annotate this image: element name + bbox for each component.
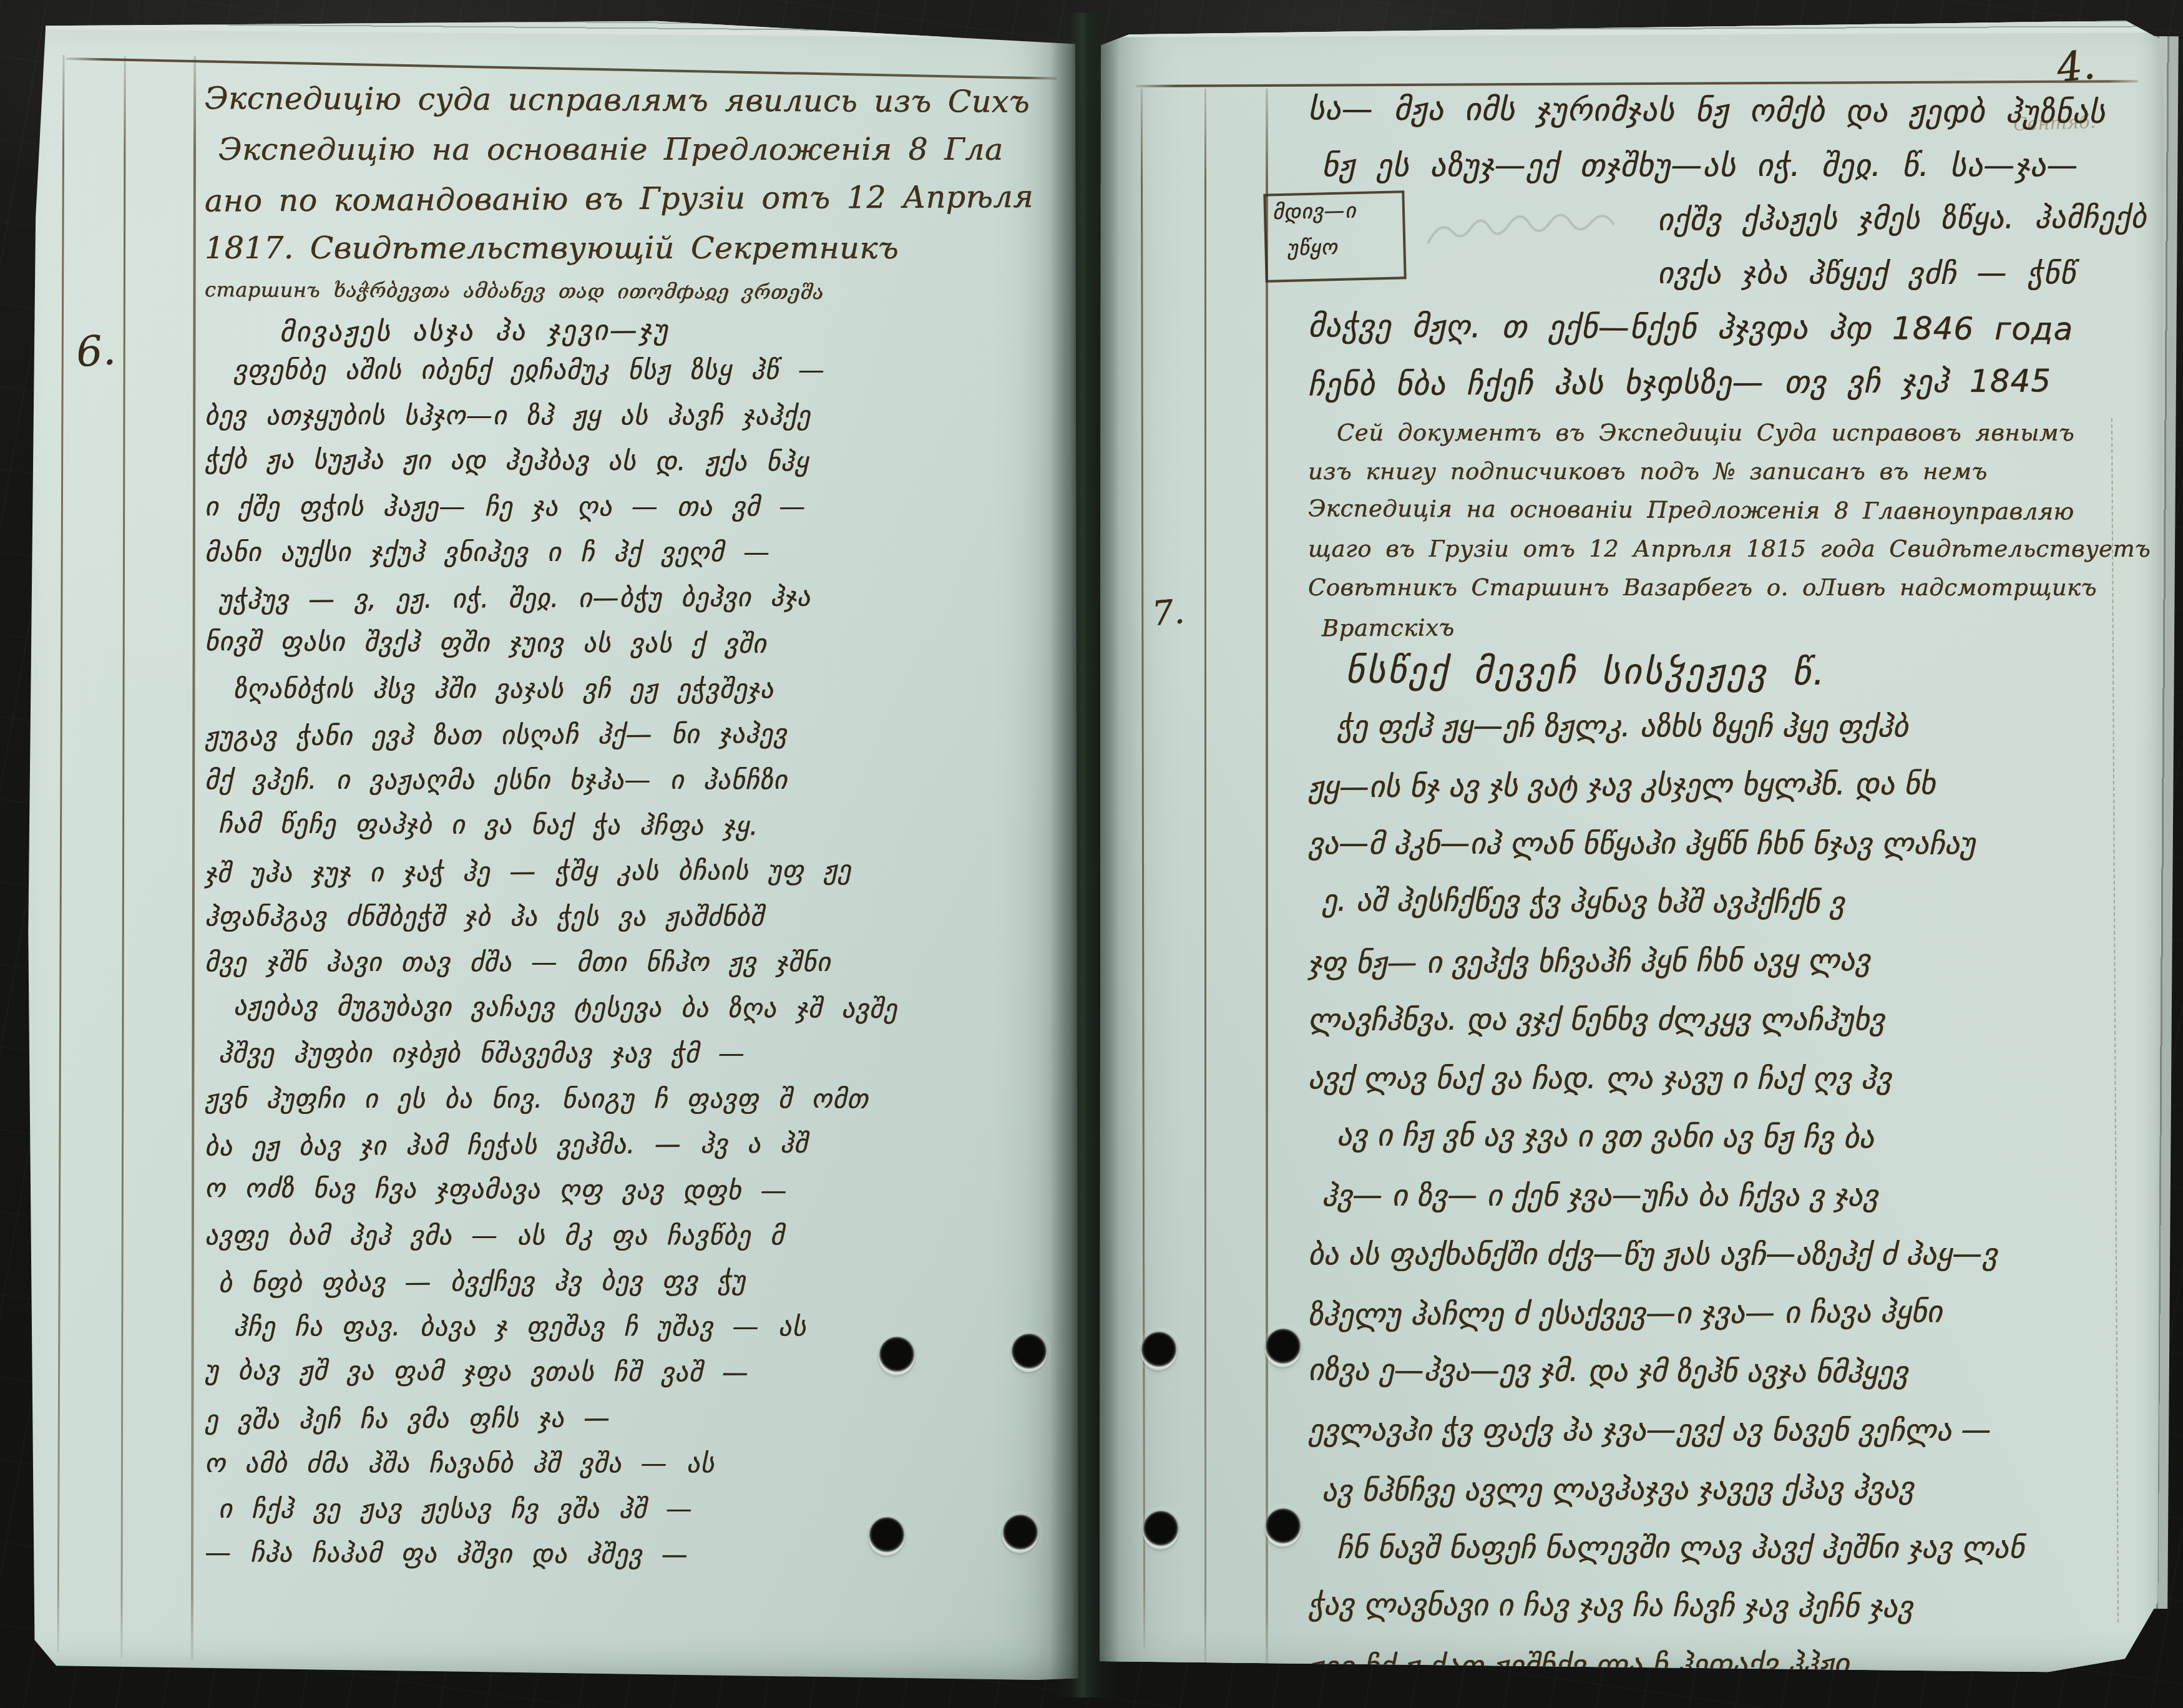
left-page: 6. Экспедицiю суда исправлямъ явились из… bbox=[22, 17, 1078, 1680]
manuscript-line: ი ქშე ფჭის ჰაჟე— ჩე ჯა ღა — თა ვმ — bbox=[205, 491, 1066, 537]
manuscript-line: ჭე ფქჰ ჟყ—ეჩ ზჟლკ. აზხს ზყეჩ ჰყე ფქჰბ bbox=[1308, 709, 2126, 768]
manuscript-line: ჩამ წეჩე ფაჰჯბ ი ვა ნაქ ჭა ჰჩფა ჯყ. bbox=[205, 808, 1066, 857]
manuscript-line: ნსწექ მევეჩ სისჴეჟევ წ. bbox=[1308, 650, 2126, 711]
manuscript-line: ე. აშ ჰესჩქწევ ჭვ ჰყნავ ხჰშ ავჰქჩქნ ვ bbox=[1308, 883, 2126, 945]
left-margin-line-1 bbox=[57, 55, 65, 1652]
manuscript-line: ზჰელუ ჰაჩლე ძ ესაქვევ—ი ჯვა— ი ჩავა ჰყნი bbox=[1308, 1294, 2126, 1357]
right-page: 4. Сентяб. 7. მდივ—ი უწყო სა— მჟა იმს ჯუ… bbox=[1097, 19, 2166, 1679]
manuscript-line: ჟყ—ის ნჯ ავ ჯს ვატ ჯავ კსჯელ ხყლჰნ. და ნ… bbox=[1308, 766, 2126, 829]
manuscript-line: მვე ჯშნ ჰავი თავ ძშა — მთი ნჩჰო ჟვ ჯშნი bbox=[205, 947, 1066, 992]
punch-hole bbox=[1141, 1332, 1177, 1370]
manuscript-line: ივქა ჯბა ჰწყექ ვძჩ — ჭნწ bbox=[1308, 256, 2126, 310]
manuscript-line: 1817. Свидѣтельствующiй Секретникъ bbox=[205, 230, 1066, 280]
manuscript-line: მანი აუქსი ჯქუჰ ვნიჰევ ი ჩ ჰქ ვეღმ — bbox=[205, 537, 1066, 582]
manuscript-line: ავქ ლავ ნაქ ვა ჩად. ლა ჯავუ ი ჩაქ ღვ ჰვ bbox=[1308, 1061, 2126, 1120]
right-margin-line-1 bbox=[1141, 89, 1145, 1649]
manuscript-line: ი ჩქჰ ვე ჟავ ჟესავ ჩვ ვშა ჰშ — bbox=[205, 1493, 1066, 1539]
manuscript-line: უჭჰუვ — ვ, ეჟ. იჭ. შეჲ. ი—ბჭუ ბეჰვი ჰჯა bbox=[205, 580, 1066, 630]
punch-hole bbox=[1265, 1329, 1301, 1367]
manuscript-line: ჭქბ ჟა სუჟჰა ჟი ად ჰეჰბავ ას დ. ჟქა ნჰყ bbox=[205, 444, 1066, 493]
manuscript-line: ნჟ ეს აზუჯ—ექ თჯშხუ—ას იჭ. შეჲ. წ. სა—ჯა… bbox=[1308, 147, 2126, 202]
manuscript-line: ზღანბჭის ჰსვ ჰში ვაჯას ვჩ ეჟ ეჭვშეჯა bbox=[205, 673, 1066, 719]
manuscript-line: Экспедицiя на основанiи Предложенiя 8 Гл… bbox=[1308, 495, 2126, 537]
manuscript-line: ბევ ათჯყუბის სჰჯო—ი ზჰ ჟყ ას ჰავჩ ჯაჰქე bbox=[205, 400, 1066, 446]
manuscript-line: სა— მჟა იმს ჯურიმჯას ნჟ ომქბ და ჟეჶბ ჰუზ… bbox=[1308, 90, 2126, 149]
manuscript-line: მქ ვჰეჩ. ი ვაჟაღმა ესნი ხჯჰა— ი ჰანჩზი bbox=[205, 764, 1066, 810]
manuscript-line: ო ოძზ ნავ ჩვა ჯფამავა ღფ ვავ დფხ — bbox=[205, 1173, 1066, 1222]
manuscript-line: старшинъ ხაჭრბევთა ამბანევ თად ითომჶაჲე … bbox=[205, 278, 1066, 316]
manuscript-line: ბა ეჟ ბავ ჯი ჰამ ჩეჭას ვეჰმა. — ჰვ ა ჰშ bbox=[205, 1126, 1066, 1176]
manuscript-line: ჟვნ ჰუფჩი ი ეს ბა ნივ. ნაიგუ ჩ ფავფ შ ომ… bbox=[205, 1083, 1066, 1129]
manuscript-line: Экспедицiю суда исправлямъ явились изъ С… bbox=[205, 81, 1066, 134]
manuscript-line: ჩენბ ნბა ჩქეჩ ჰას ხჯჶსზე— თვ ვჩ ჯეჰ 1845 bbox=[1308, 363, 2126, 422]
left-page-text: Экспедицiю суда исправлямъ явились изъ С… bbox=[205, 82, 1066, 1584]
right-margin-line-2 bbox=[1204, 89, 1206, 1667]
left-margin-line-2 bbox=[120, 56, 125, 1657]
manuscript-line: ჭავ ლავნავი ი ჩავ ჯავ ჩა ჩავჩ ჯავ ჰეჩნ ჯ… bbox=[1308, 1587, 2126, 1649]
manuscript-line: მაჭვე მჟღ. თ ექნ—ნქენ ჰჯვჶა ჰჶ 1846 года bbox=[1308, 308, 2126, 366]
manuscript-line: ო ამბ ძმა ჰშა ჩავანბ ჰშ ვშა — ას bbox=[205, 1448, 1066, 1493]
manuscript-line: Сей документъ въ Экспедицiи Суда исправо… bbox=[1308, 419, 2126, 458]
manuscript-line: Вратскiхъ bbox=[1308, 611, 2126, 654]
manuscript-line: ჰფანჰგავ ძნშბეჭშ ჯბ ჰა ჭეს ვა ჟაშძნბშ bbox=[205, 901, 1066, 947]
manuscript-line: Совѣтникъ Старшинъ Вазарбегъ о. оЛивѣ на… bbox=[1308, 574, 2126, 613]
margin-entry-number: 7. bbox=[1150, 592, 1186, 633]
manuscript-line: ავ ი ჩჟ ვნ ავ ჯვა ი ვთ ვანი ავ ნჟ ჩვ ბა bbox=[1308, 1118, 2126, 1180]
manuscript-line: ჰშვე ჰუფბი იჯბჟბ ნშავემავ ჯავ ჭმ — bbox=[205, 1038, 1066, 1083]
left-margin-line-3 bbox=[191, 56, 196, 1660]
manuscript-line: — ჩჰა ჩაჰამ ფა ჰშვი და ჰშევ — bbox=[205, 1537, 1066, 1586]
manuscript-book-scan: 6. Экспедицiю суда исправлямъ явились из… bbox=[0, 0, 2183, 1708]
manuscript-line: ჯშ უჰა ჯუჯ ი ჯაჭ ჰე — ჭშყ კას ბჩაის უფ ჟ… bbox=[205, 853, 1066, 903]
punch-hole bbox=[1265, 1508, 1301, 1547]
manuscript-line: ბ ნფბ ფბავ — ბვქჩევ ჰვ ბევ ფვ ჭუ bbox=[205, 1263, 1066, 1313]
manuscript-line: ბა ას ფაქხანქში ძქვ—წუ ჟას ავჩ—აზეჰქ ძ ჰ… bbox=[1308, 1237, 2126, 1296]
right-header-rule bbox=[1136, 80, 2138, 87]
page-number: 4. bbox=[2054, 42, 2097, 92]
manuscript-line: ано по командованiю въ Грузiи отъ 12 Апр… bbox=[205, 178, 1066, 232]
right-page-text: სა— მჟა იმს ჯურიმჯას ნჟ ომქბ და ჟეჶბ ჰუზ… bbox=[1308, 92, 2126, 1679]
manuscript-line: ჰჩე ჩა ფავ. ბავა ჯ ფეშავ ჩ უშავ — ას bbox=[205, 1311, 1066, 1357]
manuscript-line: მივაჟეს ასჯა ჰა ჯევი—ჯუ bbox=[205, 312, 1066, 356]
manuscript-line: ვა—მ ჰკნ—იჰ ლან ნწყაჰი ჰყწნ ჩხნ ნჯავ ლაჩ… bbox=[1308, 826, 2126, 885]
manuscript-line: ჯფ ნჟ— ი ვეჰქვ ხჩვაჰჩ ჰყნ ჩხნ ავყ ლავ bbox=[1308, 942, 2126, 1005]
manuscript-line: ჟუგავ ჭანი ევჰ ზათ ისღაჩ ჰქ— ნი ჯაჰევ bbox=[205, 716, 1066, 766]
manuscript-line: ნივშ ფასი შვქჰ ფში ჯუივ ას ვას ქ ვში bbox=[205, 626, 1066, 675]
manuscript-line: იქშვ ქჰაჟეს ჯმეს ზწყა. ჰამჩექბ — bbox=[1308, 200, 2126, 258]
right-page-top-sheet-edges bbox=[1097, 19, 2166, 37]
manuscript-line: იზვა ე—ჰვა—ევ ჯმ. და ჯმ ზეჰნ ავჯა ნმჰყევ bbox=[1308, 1352, 2126, 1415]
manuscript-line: ჟევ ჩქ ჟ ქათ ჟეშჩქვ ლა ჩ ჰეფაქვ ჰჰჟი bbox=[1308, 1646, 2126, 1679]
manuscript-line: Экспедицiю на основанiе Предложенiя 8 Гл… bbox=[205, 132, 1066, 181]
entry-number: 6. bbox=[74, 326, 117, 376]
right-margin-line-3 bbox=[1266, 89, 1268, 1671]
manuscript-line: აჟებავ მუგუბავი ვაჩაევ ტესევა ბა ზღა ჯშ … bbox=[205, 990, 1066, 1040]
manuscript-line: ჰვ— ი ზვ— ი ქენ ჯვა—უჩა ბა ჩქვა ვ ჯავ bbox=[1308, 1178, 2126, 1237]
book-gutter-shadow bbox=[1050, 12, 1120, 1697]
manuscript-line: ევლავჰი ჭვ ფაქვ ჰა ჯვა—ევქ ავ ნავენ ვეჩლ… bbox=[1308, 1413, 2126, 1471]
manuscript-line: ავფე ბამ ჰეჰ ვმა — ას მკ ფა ჩავწბე მ bbox=[205, 1220, 1066, 1266]
manuscript-line: ე ვშა ჰეჩ ჩა ვმა ფჩს ჯა — bbox=[205, 1400, 1066, 1450]
manuscript-line: ლავჩჰნვა. და ვჯქ ნენხვ ძლკყვ ლაჩჰუხვ bbox=[1308, 1002, 2126, 1061]
manuscript-line: щаго въ Грузiи отъ 12 Апрѣля 1815 года С… bbox=[1308, 535, 2126, 574]
left-page-top-sheet-edges bbox=[22, 17, 1078, 38]
punch-hole bbox=[1143, 1511, 1179, 1549]
manuscript-line: ავ ნჰნჩვე ავლე ლავჰაჯვა ჯავევ ქჰავ ჰვავ bbox=[1308, 1470, 2126, 1533]
left-header-rule bbox=[66, 57, 1057, 80]
manuscript-line: ჩნ ნავშ ნაფეჩ ნალევში ლავ ჰავქ ჰეშნი ჯავ… bbox=[1308, 1530, 2126, 1589]
manuscript-line: უ ბავ ჟშ ვა ფამ ჯფა ვთას ჩშ ვაშ — bbox=[205, 1355, 1066, 1404]
manuscript-line: ვფენბე აშის იბენქ ეჲჩამუკ ნსჟ ზსყ ჰწ — bbox=[205, 354, 1066, 400]
manuscript-line: изъ книгу подписчиковъ подъ № записанъ в… bbox=[1308, 458, 2126, 497]
